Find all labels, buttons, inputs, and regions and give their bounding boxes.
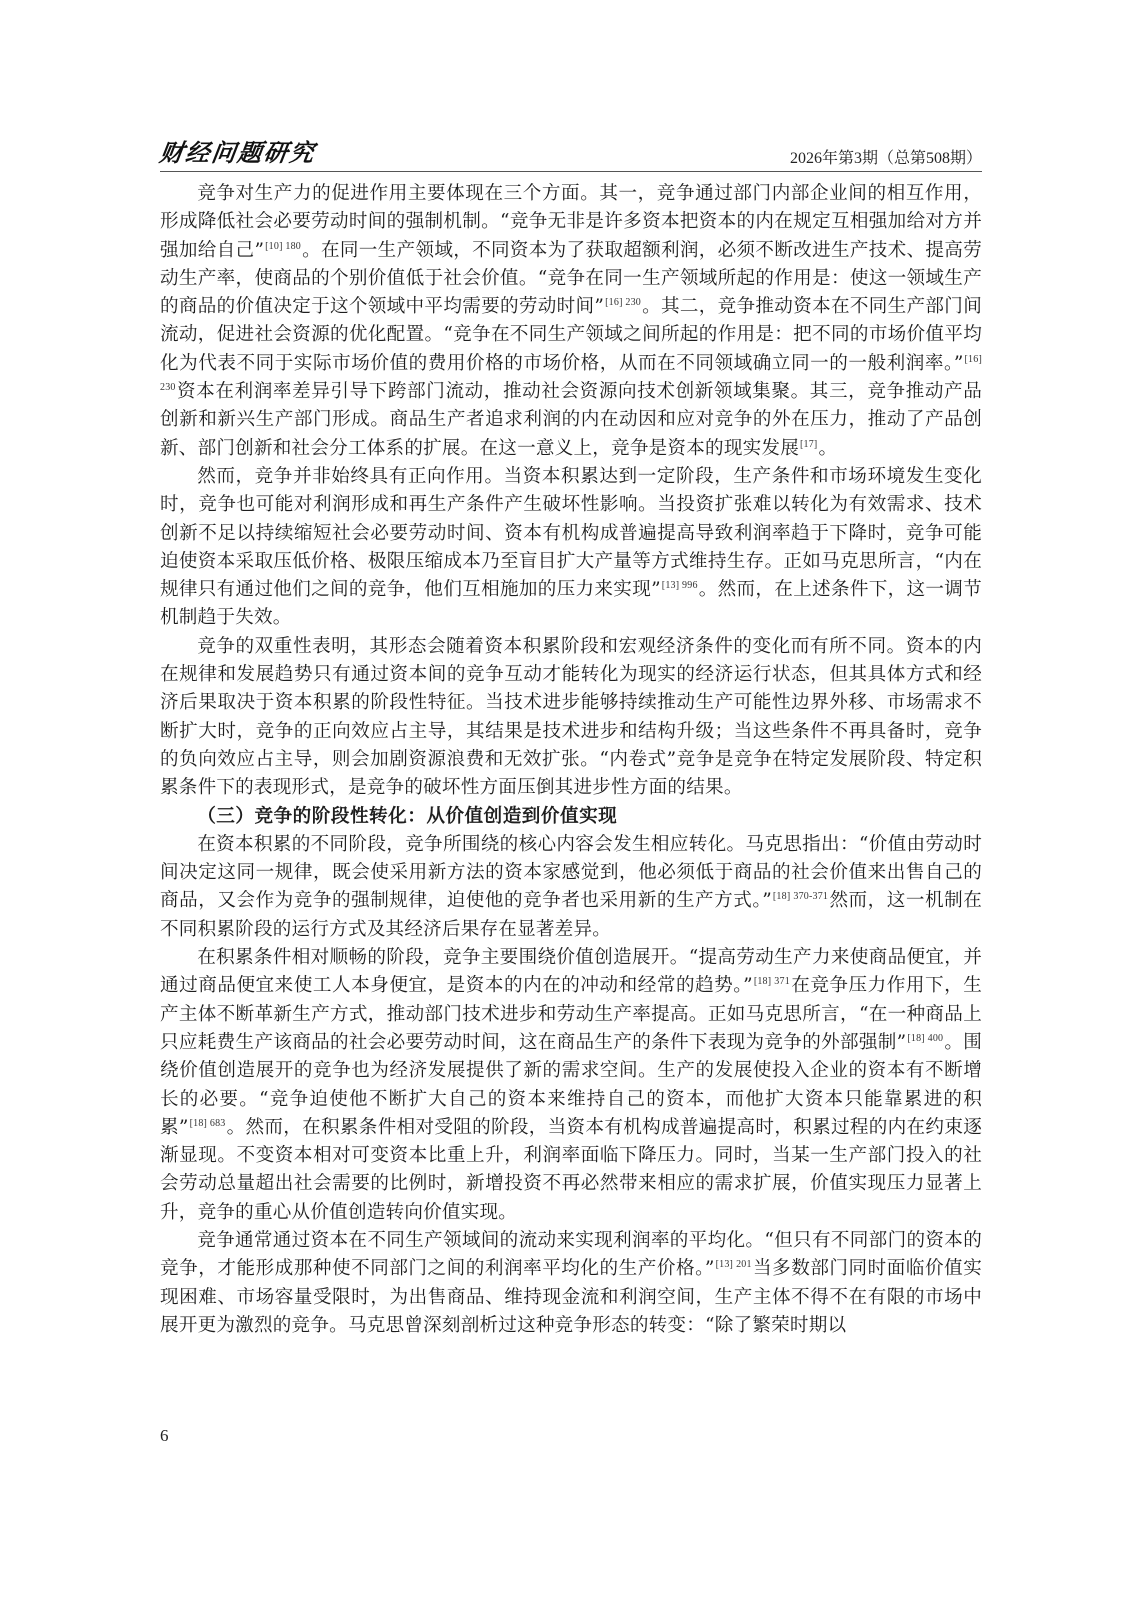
page-number: 6 — [160, 1426, 169, 1446]
article-body: 竞争对生产力的促进作用主要体现在三个方面。其一，竞争通过部门内部企业间的相互作用… — [160, 180, 982, 1340]
citation-marker: [18] 683 — [190, 1118, 226, 1129]
citation-marker: [13] 201 — [716, 1259, 752, 1270]
citation-marker: [16] 230 — [605, 297, 641, 308]
citation-marker: [17] — [800, 439, 817, 450]
citation-marker: [13] 996 — [662, 580, 698, 591]
citation-marker: [18] 370-371 — [773, 891, 828, 902]
running-header: 财经问题研究 2026年第3期（总第508期） — [160, 138, 982, 172]
paragraph: 在积累条件相对顺畅的阶段，竞争主要围绕价值创造展开。“提高劳动生产力来使商品便宜… — [160, 944, 982, 1227]
paragraph: 在资本积累的不同阶段，竞争所围绕的核心内容会发生相应转化。马克思指出：“价值由劳… — [160, 831, 982, 944]
paragraphs-after-heading: 在资本积累的不同阶段，竞争所围绕的核心内容会发生相应转化。马克思指出：“价值由劳… — [160, 831, 982, 1340]
citation-marker: [18] 371 — [754, 976, 790, 987]
section-heading: （三）竞争的阶段性转化：从价值创造到价值实现 — [160, 803, 982, 831]
paragraph: 竞争的双重性表明，其形态会随着资本积累阶段和宏观经济条件的变化而有所不同。资本的… — [160, 633, 982, 803]
citation-marker: [10] 180 — [265, 241, 301, 252]
issue-info: 2026年第3期（总第508期） — [790, 145, 982, 168]
journal-page: 财经问题研究 2026年第3期（总第508期） 竞争对生产力的促进作用主要体现在… — [160, 138, 982, 1340]
paragraph: 竞争通常通过资本在不同生产领域间的流动来实现利润率的平均化。“但只有不同部门的资… — [160, 1227, 982, 1340]
text-run: 。 — [818, 438, 837, 459]
text-run: 竞争的双重性表明，其形态会随着资本积累阶段和宏观经济条件的变化而有所不同。资本的… — [160, 636, 982, 798]
paragraph: 竞争对生产力的促进作用主要体现在三个方面。其一，竞争通过部门内部企业间的相互作用… — [160, 180, 982, 463]
journal-title-logo: 财经问题研究 — [158, 133, 319, 168]
text-run: 资本在利润率差异引导下跨部门流动，推动社会资源向技术创新领域集聚。其三，竞争推动… — [160, 381, 982, 459]
citation-marker: [18] 400 — [907, 1033, 943, 1044]
text-run: 。然而，在积累条件相对受阻的阶段，当资本有机构成普遍提高时，积累过程的内在约束逐… — [160, 1117, 982, 1223]
paragraph: 然而，竞争并非始终具有正向作用。当资本积累达到一定阶段，生产条件和市场环境发生变… — [160, 463, 982, 633]
paragraphs-before-heading: 竞争对生产力的促进作用主要体现在三个方面。其一，竞争通过部门内部企业间的相互作用… — [160, 180, 982, 803]
